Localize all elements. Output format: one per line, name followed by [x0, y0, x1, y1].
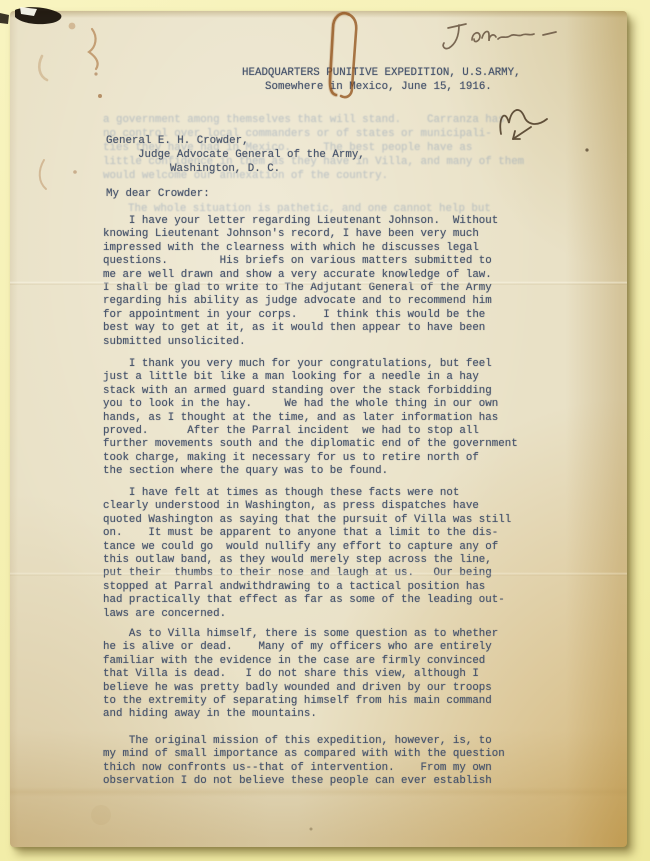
recipient-name: General E. H. Crowder,	[106, 135, 249, 148]
body-paragraph-3: I have felt at times as though these fac…	[103, 487, 511, 621]
body-paragraph-1: I have your letter regarding Lieutenant …	[103, 215, 498, 349]
recipient-title: Judge Advocate General of the Army,	[138, 149, 365, 162]
letterhead-line1: HEADQUARTERS PUNITIVE EXPEDITION, U.S.AR…	[242, 67, 521, 80]
letterhead-line2: Somewhere in Mexico, June 15, 1916.	[265, 81, 492, 94]
scan-background: { "document": { "kind": "scanned typewri…	[0, 0, 650, 861]
body-paragraph-5: The original mission of this expedition,…	[103, 735, 505, 789]
ghost-text-line: a government among themselves that will …	[103, 114, 505, 127]
salutation: My dear Crowder:	[106, 188, 210, 201]
recipient-city: Washington, D. C.	[170, 163, 280, 176]
body-paragraph-2: I thank you very much for your congratul…	[103, 358, 518, 479]
body-paragraph-4: As to Villa himself, there is some quest…	[103, 628, 498, 722]
letter-page: a government among themselves that will …	[10, 11, 627, 847]
